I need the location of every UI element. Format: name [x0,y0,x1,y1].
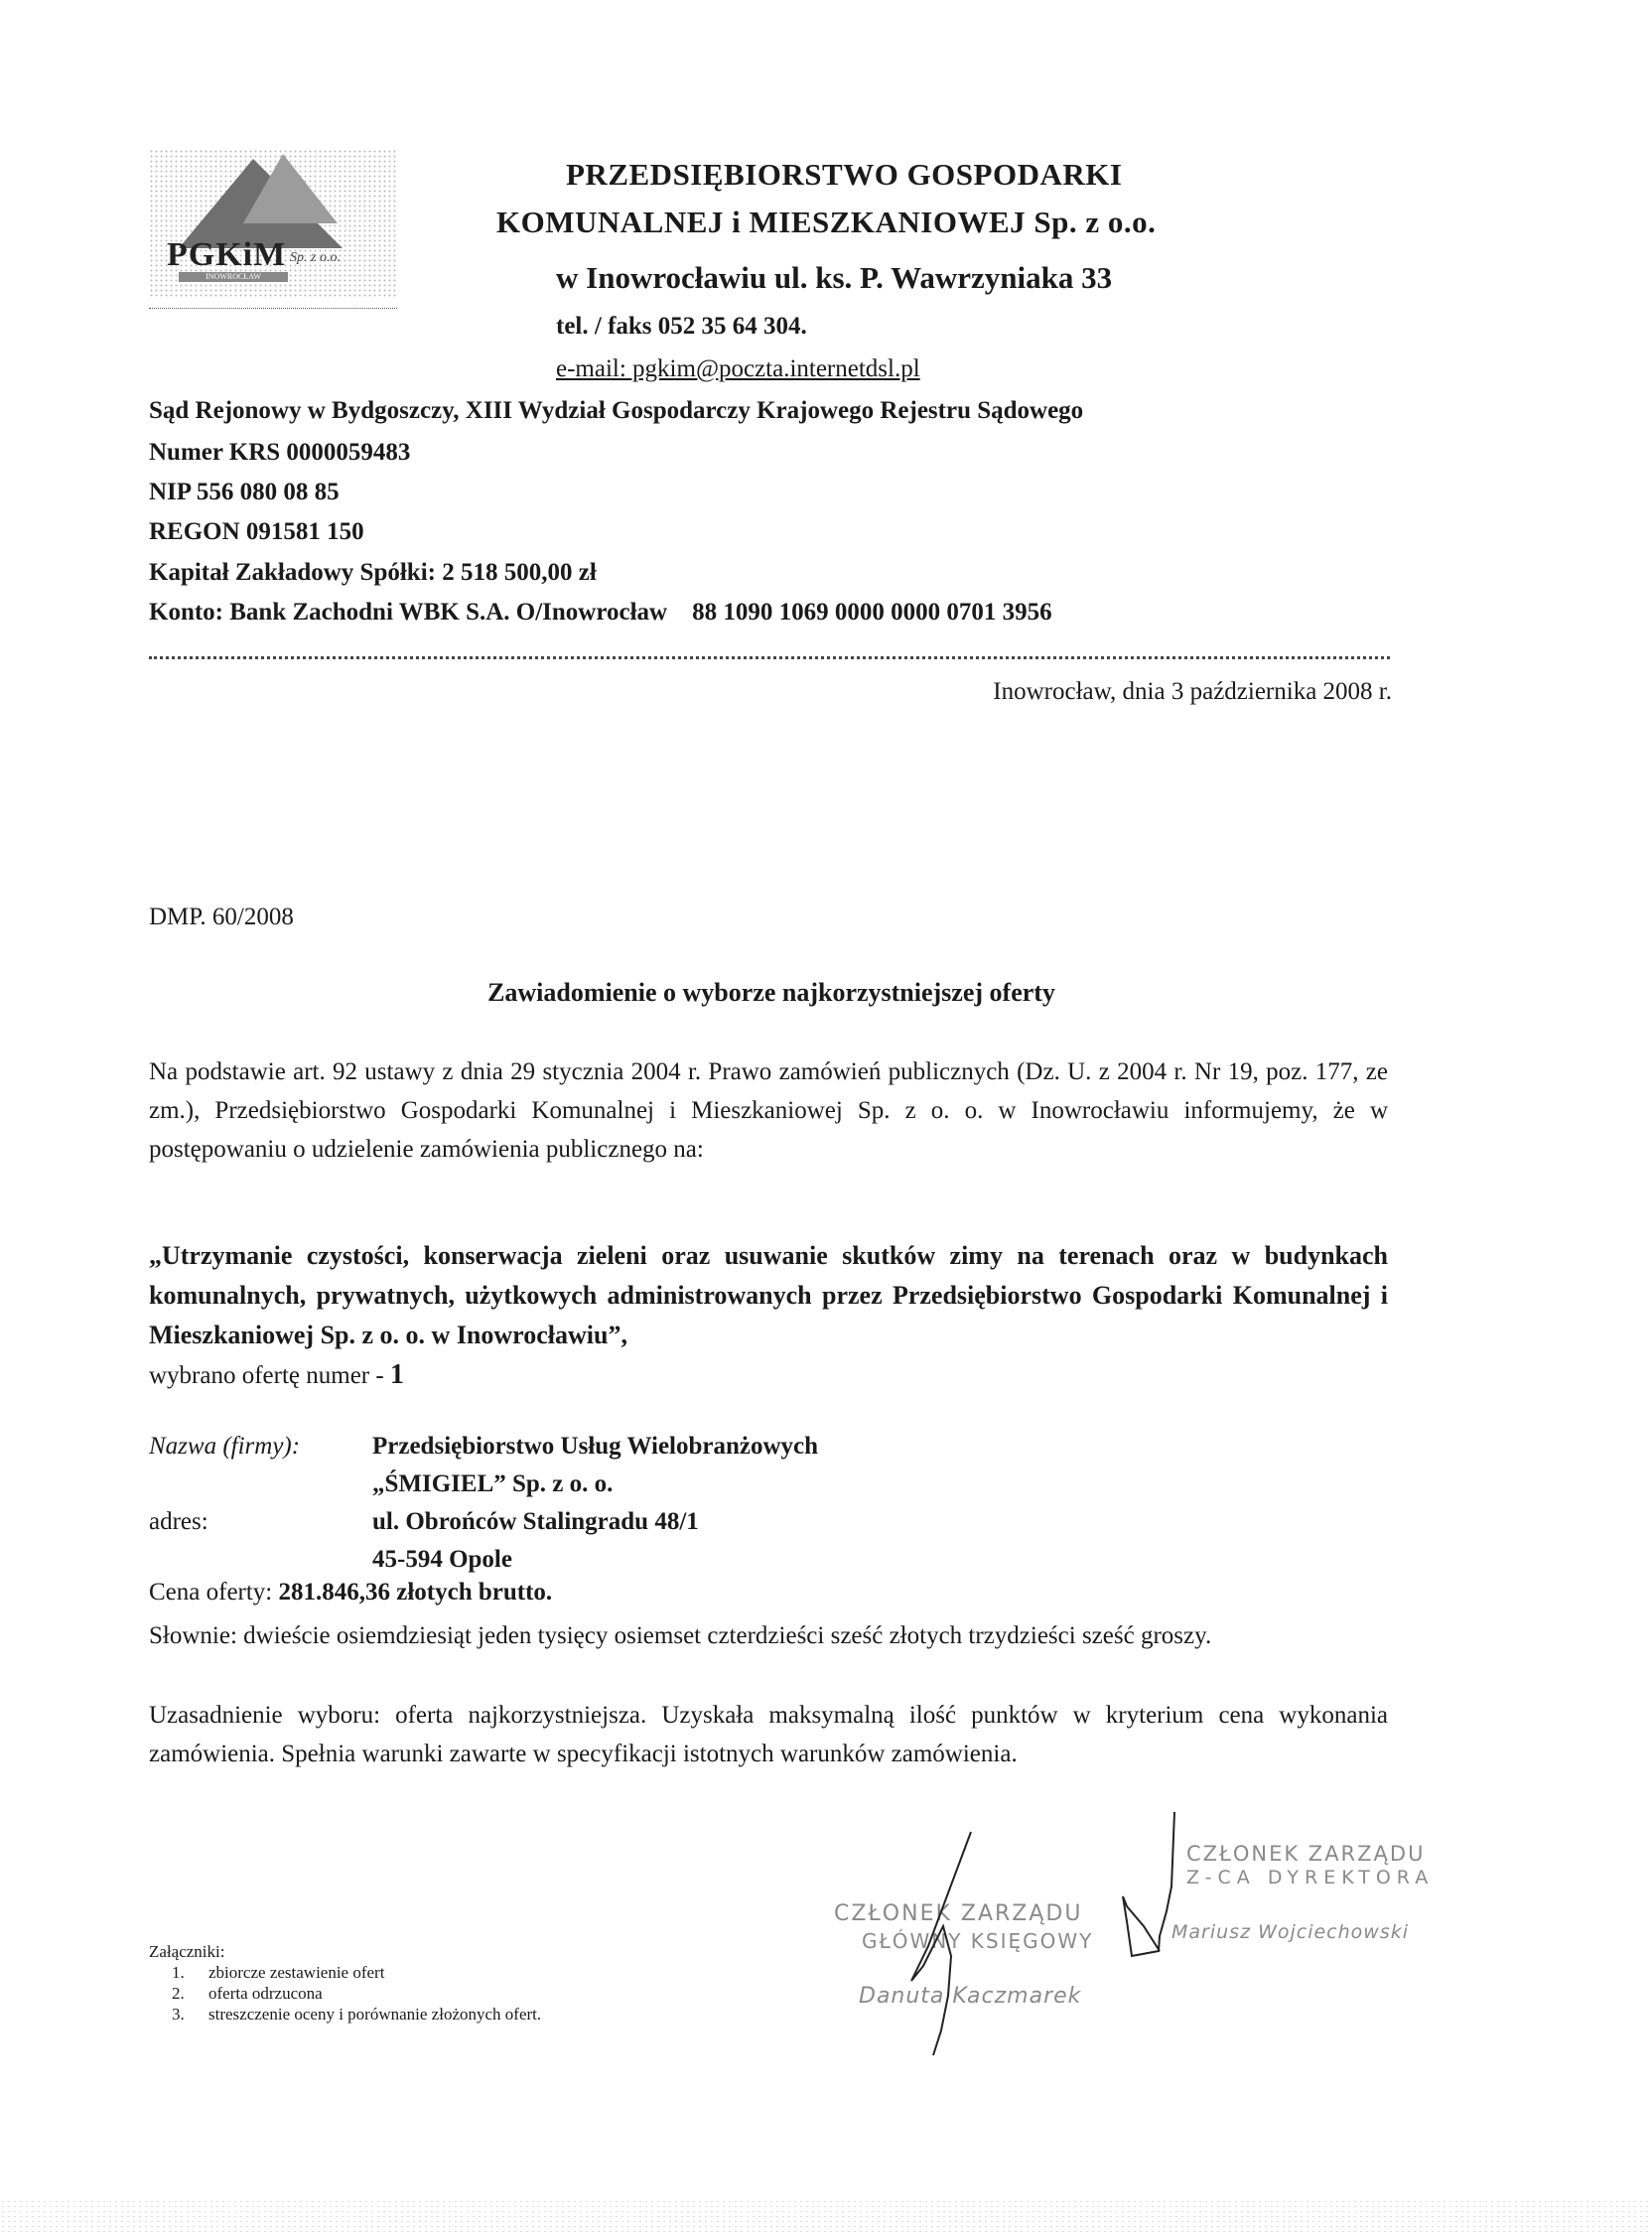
winning-offer-details: Nazwa (firmy):Przedsiębiorstwo Usług Wie… [149,1428,818,1579]
offer-price: Cena oferty: 281.846,36 złotych brutto. [149,1579,552,1606]
company-name-line2: KOMUNALNEJ i MIESZKANIOWEJ Sp. z o.o. [496,205,1156,240]
logo-underline [149,308,397,309]
selected-offer-text: wybrano ofertę numer - [149,1362,390,1389]
attachments-section: Załączniki: zbiorcze zestawienie ofert o… [149,1941,541,2025]
attachment-item: oferta odrzucona [189,1983,541,2004]
attachment-item: zbiorcze zestawienie ofert [189,1962,541,1983]
contract-subject: „Utrzymanie czystości, konserwacja ziele… [149,1236,1388,1395]
dotted-separator [149,656,1390,659]
intro-paragraph: Na podstawie art. 92 ustawy z dnia 29 st… [149,1052,1388,1169]
justification-paragraph: Uzasadnienie wyboru: oferta najkorzystni… [149,1696,1388,1773]
company-logo: PGKiM Sp. z o.o. INOWROCŁAW [149,149,397,308]
selected-offer-number: 1 [390,1359,404,1390]
registry-court: Sąd Rejonowy w Bydgoszczy, XIII Wydział … [149,397,1083,425]
date-line: Inowrocław, dnia 3 października 2008 r. [993,678,1392,706]
firm-name-label: Nazwa (firmy): [149,1428,372,1466]
document-title: Zawiadomienie o wyborze najkorzystniejsz… [0,978,1652,1008]
registry-regon: REGON 091581 150 [149,518,364,546]
logo-roof-secondary-icon [243,154,338,223]
company-name-line1: PRZEDSIĘBIORSTWO GOSPODARKI [566,157,1122,193]
registry-nip: NIP 556 080 08 85 [149,479,340,506]
attachment-item: streszczenie oceny i porównanie złożonyc… [189,2004,541,2025]
logo-suffix: Sp. z o.o. [290,250,341,266]
company-email[interactable]: e-mail: pgkim@poczta.internetdsl.pl [556,355,920,383]
attachments-list: zbiorcze zestawienie ofert oferta odrzuc… [149,1962,541,2025]
registry-account: Konto: Bank Zachodni WBK S.A. O/Inowrocł… [149,599,1052,627]
firm-address-label: adres: [149,1503,372,1541]
registry-capital: Kapitał Zakładowy Spółki: 2 518 500,00 z… [149,559,597,587]
handwritten-signatures [794,1807,1489,2065]
price-label: Cena oferty: [149,1579,279,1606]
company-phone: tel. / faks 052 35 64 304. [556,313,807,341]
signature-left [911,1832,971,2055]
registry-krs: Numer KRS 0000059483 [149,439,410,467]
logo-text: PGKiM [167,236,286,274]
firm-name-line1: Przedsiębiorstwo Usług Wielobranżowych [372,1433,818,1460]
price-in-words: Słownie: dwieście osiemdziesiąt jeden ty… [149,1616,1388,1655]
firm-address-line1: ul. Obrońców Stalingradu 48/1 [372,1508,699,1535]
logo-city: INOWROCŁAW [179,272,288,282]
scan-noise-strip [0,2199,1652,2235]
company-address: w Inowrocławiu ul. ks. P. Wawrzyniaka 33 [556,260,1112,296]
reference-number: DMP. 60/2008 [149,904,294,931]
attachments-label: Załączniki: [149,1941,541,1962]
subject-text: „Utrzymanie czystości, konserwacja ziele… [149,1241,1388,1349]
firm-name-line2: „ŚMIGIEL” Sp. z o. o. [372,1470,613,1497]
signature-right [1123,1812,1174,1956]
price-value: 281.846,36 złotych brutto. [279,1579,553,1606]
firm-address-line2: 45-594 Opole [372,1546,512,1573]
